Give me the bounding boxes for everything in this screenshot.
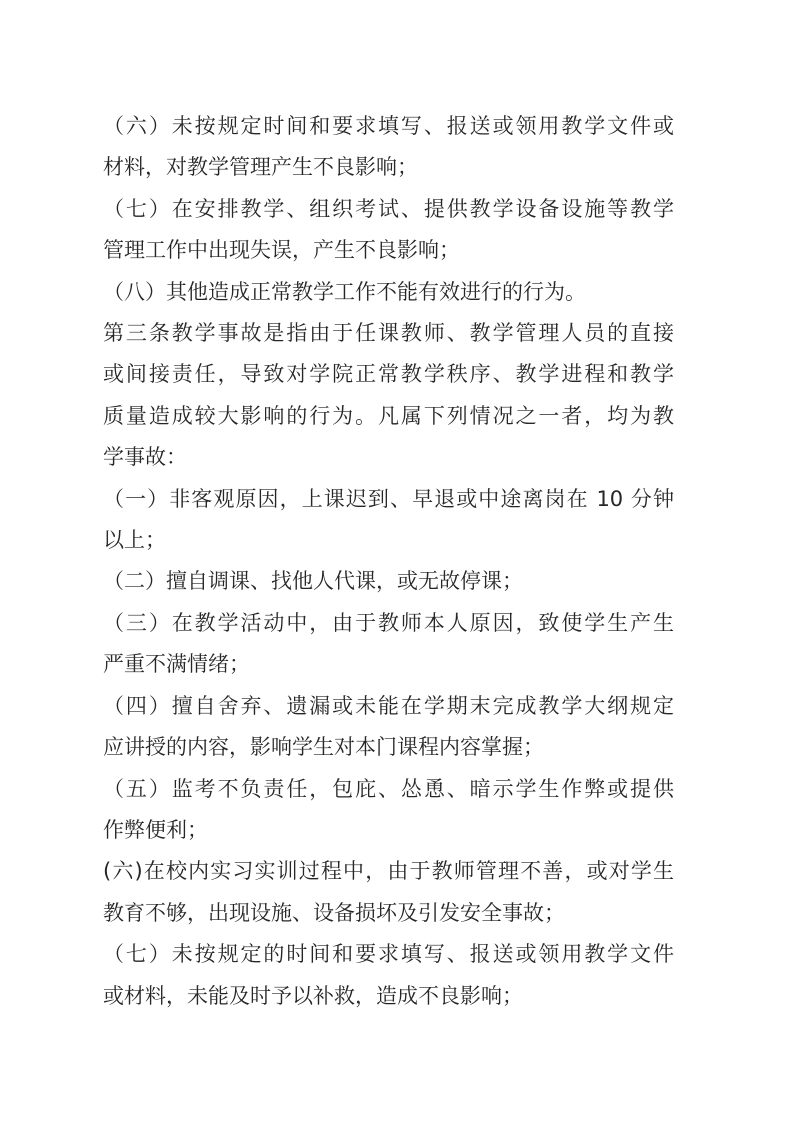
- text-line-item6b-2: 教育不够，出现设施、设备损坏及引发安全事故；: [103, 893, 674, 934]
- text-line-item5-1: （五）监考不负责任，包庇、怂恿、暗示学生作弊或提供: [103, 769, 674, 810]
- text-line-item1-1: （一）非客观原因，上课迟到、早退或中途离岗在 10 分钟: [103, 479, 674, 520]
- text-line-item7b-2: 或材料，未能及时予以补救，造成不良影响；: [103, 976, 674, 1017]
- text-line-article3-4: 学事故：: [103, 437, 674, 478]
- text-line-article3-3: 质量造成较大影响的行为。凡属下列情况之一者，均为教: [103, 396, 674, 437]
- text-line-item2: （二）擅自调课、找他人代课，或无故停课；: [103, 561, 674, 602]
- text-line-item6-2: 材料，对教学管理产生不良影响；: [103, 147, 674, 188]
- text-line-item4-2: 应讲授的内容，影响学生对本门课程内容掌握；: [103, 727, 674, 768]
- document-page: （六）未按规定时间和要求填写、报送或领用教学文件或 材料，对教学管理产生不良影响…: [0, 0, 793, 1122]
- text-line-item7-1: （七）在安排教学、组织考试、提供教学设备设施等教学: [103, 189, 674, 230]
- text-line-item1-2: 以上；: [103, 520, 674, 561]
- text-line-item4-1: （四）擅自舍弃、遗漏或未能在学期末完成教学大纲规定: [103, 686, 674, 727]
- text-line-article3-1: 第三条教学事故是指由于任课教师、教学管理人员的直接: [103, 313, 674, 354]
- text-line-item6-1: （六）未按规定时间和要求填写、报送或领用教学文件或: [103, 106, 674, 147]
- document-text-block: （六）未按规定时间和要求填写、报送或领用教学文件或 材料，对教学管理产生不良影响…: [103, 106, 674, 1017]
- text-line-article3-2: 或间接责任，导致对学院正常教学秩序、教学进程和教学: [103, 354, 674, 395]
- text-line-item5-2: 作弊便利；: [103, 810, 674, 851]
- text-line-item8: （八）其他造成正常教学工作不能有效进行的行为。: [103, 272, 674, 313]
- text-line-item6b-1: (六)在校内实习实训过程中，由于教师管理不善，或对学生: [103, 851, 674, 892]
- text-line-item3-2: 严重不满情绪；: [103, 644, 674, 685]
- text-line-item7b-1: （七）未按规定的时间和要求填写、报送或领用教学文件: [103, 934, 674, 975]
- text-line-item3-1: （三）在教学活动中，由于教师本人原因，致使学生产生: [103, 603, 674, 644]
- text-line-item7-2: 管理工作中出现失误，产生不良影响；: [103, 230, 674, 271]
